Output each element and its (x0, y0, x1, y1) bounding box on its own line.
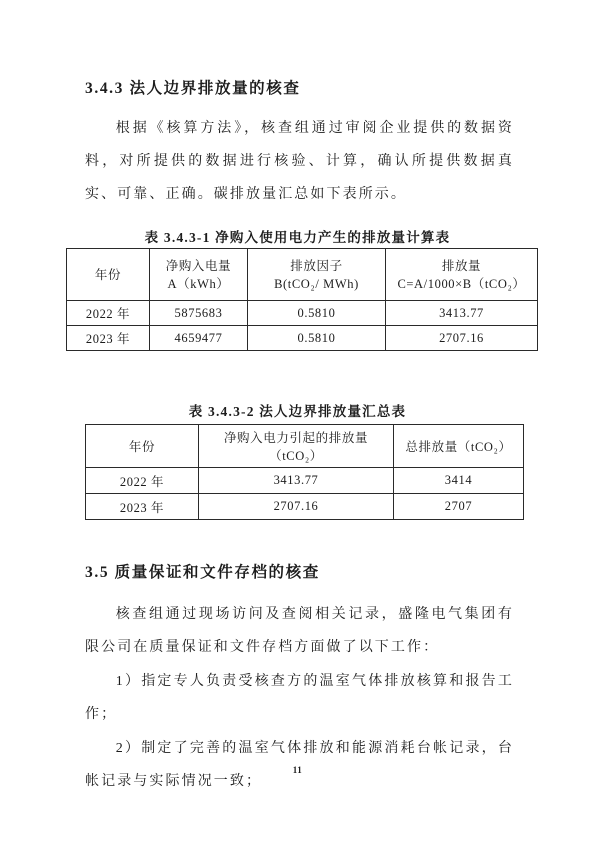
table1-header-year: 年份 (67, 249, 150, 301)
table1-header-emission: 排放量 C=A/1000×B（tCO₂） (386, 249, 538, 301)
table2-header-electricity-emission: 净购入电力引起的排放量（tCO₂） (199, 425, 394, 468)
table2-cell: 2023 年 (86, 494, 199, 520)
table1-cell: 2023 年 (67, 326, 150, 351)
table2-cell: 3414 (394, 468, 524, 494)
section-35-list-item-1: 1）指定专人负责受核查方的温室气体排放核算和报告工作； (85, 665, 514, 732)
table1-cell: 2707.16 (386, 326, 538, 351)
table2-caption: 表 3.4.3-2 法人边界排放量汇总表 (0, 400, 595, 420)
table2-row-2022: 2022 年 3413.77 3414 (86, 468, 524, 494)
table2-cell: 2022 年 (86, 468, 199, 494)
table1-header-factor: 排放因子 B(tCO₂/ MWh) (248, 249, 386, 301)
table2-header-row: 年份 净购入电力引起的排放量（tCO₂） 总排放量（tCO₂） (86, 425, 524, 468)
section-heading-343: 3.4.3 法人边界排放量的核查 (85, 76, 300, 98)
table1-cell: 0.5810 (248, 326, 386, 351)
emissions-calculation-table: 年份 净购入电量 A（kWh） 排放因子 B(tCO₂/ MWh) 排放量 C=… (66, 248, 538, 351)
table2-cell: 2707.16 (199, 494, 394, 520)
table1-cell: 5875683 (150, 301, 248, 326)
table1-header-row: 年份 净购入电量 A（kWh） 排放因子 B(tCO₂/ MWh) 排放量 C=… (67, 249, 538, 301)
table2-row-2023: 2023 年 2707.16 2707 (86, 494, 524, 520)
table1-row-2023: 2023 年 4659477 0.5810 2707.16 (67, 326, 538, 351)
table1-cell: 3413.77 (386, 301, 538, 326)
table1-cell: 2022 年 (67, 301, 150, 326)
table1-header-electricity: 净购入电量 A（kWh） (150, 249, 248, 301)
table1-row-2022: 2022 年 5875683 0.5810 3413.77 (67, 301, 538, 326)
table2-header-year: 年份 (86, 425, 199, 468)
page-number: 11 (0, 765, 595, 775)
table1-cell: 4659477 (150, 326, 248, 351)
section-heading-35: 3.5 质量保证和文件存档的核查 (85, 560, 320, 582)
table1-caption: 表 3.4.3-1 净购入使用电力产生的排放量计算表 (0, 226, 595, 246)
emissions-summary-table: 年份 净购入电力引起的排放量（tCO₂） 总排放量（tCO₂） 2022 年 3… (85, 424, 524, 520)
table2-header-total-emission: 总排放量（tCO₂） (394, 425, 524, 468)
table2-cell: 3413.77 (199, 468, 394, 494)
section-35-paragraph: 核查组通过现场访问及查阅相关记录，盛隆电气集团有限公司在质量保证和文件存档方面做… (85, 598, 514, 665)
document-page: 3.4.3 法人边界排放量的核查 根据《核算方法》，核查组通过审阅企业提供的数据… (0, 0, 595, 842)
table2-cell: 2707 (394, 494, 524, 520)
table1-cell: 0.5810 (248, 301, 386, 326)
section-343-paragraph: 根据《核算方法》，核查组通过审阅企业提供的数据资料，对所提供的数据进行核验、计算… (85, 112, 514, 211)
